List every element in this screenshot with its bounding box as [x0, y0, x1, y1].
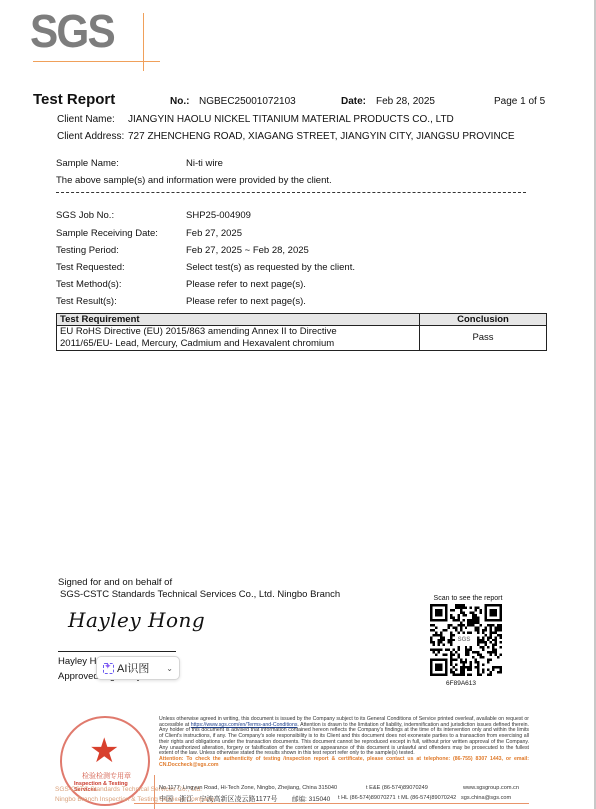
- header-conclusion: Conclusion: [420, 314, 547, 326]
- header-test-requirement: Test Requirement: [57, 314, 420, 326]
- handwritten-signature: Hayley Hong: [68, 608, 205, 632]
- report-date-value: Feb 28, 2025: [376, 96, 435, 107]
- sgs-logo-text: SGS: [30, 8, 114, 54]
- report-number-label: No.:: [170, 96, 189, 107]
- job-info-value: Feb 27, 2025 ~ Feb 28, 2025: [186, 245, 309, 256]
- website: www.sgsgroup.com.cn: [463, 785, 519, 791]
- signature-line: [58, 651, 176, 652]
- job-info-label: Testing Period:: [56, 245, 119, 256]
- table-header-row: Test Requirement Conclusion: [57, 314, 547, 326]
- table-row: EU RoHS Directive (EU) 2015/863 amending…: [57, 326, 547, 351]
- legal-text: . Attention is drawn to the limitation o…: [159, 722, 529, 757]
- contact-email: sgs.china@sgs.com: [461, 795, 511, 801]
- phone-hl: t HL (86-574)89070271: [338, 795, 396, 801]
- sample-note: The above sample(s) and information were…: [56, 175, 332, 186]
- dashed-separator: [56, 192, 526, 193]
- chevron-down-icon[interactable]: ⌄: [166, 664, 173, 673]
- job-info-label: Test Method(s):: [56, 279, 121, 290]
- job-info-label: Test Result(s):: [56, 296, 117, 307]
- requirement-line: 2011/65/EU- Lead, Mercury, Cadmium and H…: [60, 338, 416, 350]
- signed-on-behalf: Signed for and on behalf of: [58, 577, 172, 588]
- address-en: No.1177, Lingyun Road, Hi-Tech Zone, Nin…: [159, 785, 337, 791]
- requirement-line: EU RoHS Directive (EU) 2015/863 amending…: [60, 326, 416, 338]
- qr-verification-code: 6F89A613: [446, 680, 476, 687]
- postcode-cn: 邮编: 315040: [292, 794, 330, 803]
- attention-notice: Attention: To check the authenticity of …: [159, 757, 529, 768]
- requirement-cell: EU RoHS Directive (EU) 2015/863 amending…: [57, 326, 420, 351]
- phone-ee: t E&E (86-574)89070249: [366, 785, 428, 791]
- client-address-value: 727 ZHENCHENG ROAD, XIAGANG STREET, JIAN…: [128, 131, 515, 142]
- logo-horizontal-line: [33, 61, 160, 62]
- phone-ml: t ML (86-574)89070242: [398, 795, 456, 801]
- client-address-label: Client Address:: [57, 131, 124, 142]
- qr-center-logo: SGS: [455, 636, 473, 645]
- job-info-label: Test Requested:: [56, 262, 125, 273]
- test-requirement-table: Test Requirement Conclusion EU RoHS Dire…: [56, 313, 547, 351]
- qr-title: Scan to see the report: [428, 595, 508, 602]
- client-name-value: JIANGYIN HAOLU NICKEL TITANIUM MATERIAL …: [128, 114, 454, 125]
- job-info-value: Feb 27, 2025: [186, 228, 242, 239]
- logo-vertical-line: [143, 13, 144, 71]
- sample-name-label: Sample Name:: [56, 158, 119, 169]
- report-title: Test Report: [33, 91, 115, 108]
- conclusion-cell: Pass: [420, 326, 547, 351]
- signing-company: SGS-CSTC Standards Technical Services Co…: [60, 589, 340, 600]
- legal-disclaimer: Unless otherwise agreed in writing, this…: [159, 717, 529, 768]
- job-info-value: Select test(s) as requested by the clien…: [186, 262, 355, 273]
- job-info-value: Please refer to next page(s).: [186, 279, 306, 290]
- page-indicator: Page 1 of 5: [494, 96, 545, 107]
- signatory-name: Hayley H: [58, 656, 97, 667]
- client-name-label: Client Name:: [57, 114, 115, 125]
- report-date-label: Date:: [341, 96, 366, 107]
- job-info-label: Sample Receiving Date:: [56, 228, 158, 239]
- sparkle-scan-icon: [103, 663, 114, 674]
- stamp-center-cn: 检验检测专用章: [82, 771, 131, 781]
- report-number-value: NGBEC25001072103: [199, 96, 296, 107]
- job-info-label: SGS Job No.:: [56, 210, 114, 221]
- star-icon: ★: [89, 734, 119, 768]
- address-cn: 中国 · 浙江 · 宁波高新区凌云路1177号: [159, 794, 278, 804]
- job-info-value: SHP25-004909: [186, 210, 251, 221]
- job-info-value: Please refer to next page(s).: [186, 296, 306, 307]
- sample-name-value: Ni-ti wire: [186, 158, 223, 169]
- ai-image-recognition-button[interactable]: AI识图 ⌄: [96, 656, 180, 680]
- report-page: SGS Test Report No.: NGBEC25001072103 Da…: [0, 0, 596, 809]
- qr-section: Scan to see the report SGS 6F89A613: [428, 595, 508, 602]
- ai-popup-label: AI识图: [117, 660, 149, 676]
